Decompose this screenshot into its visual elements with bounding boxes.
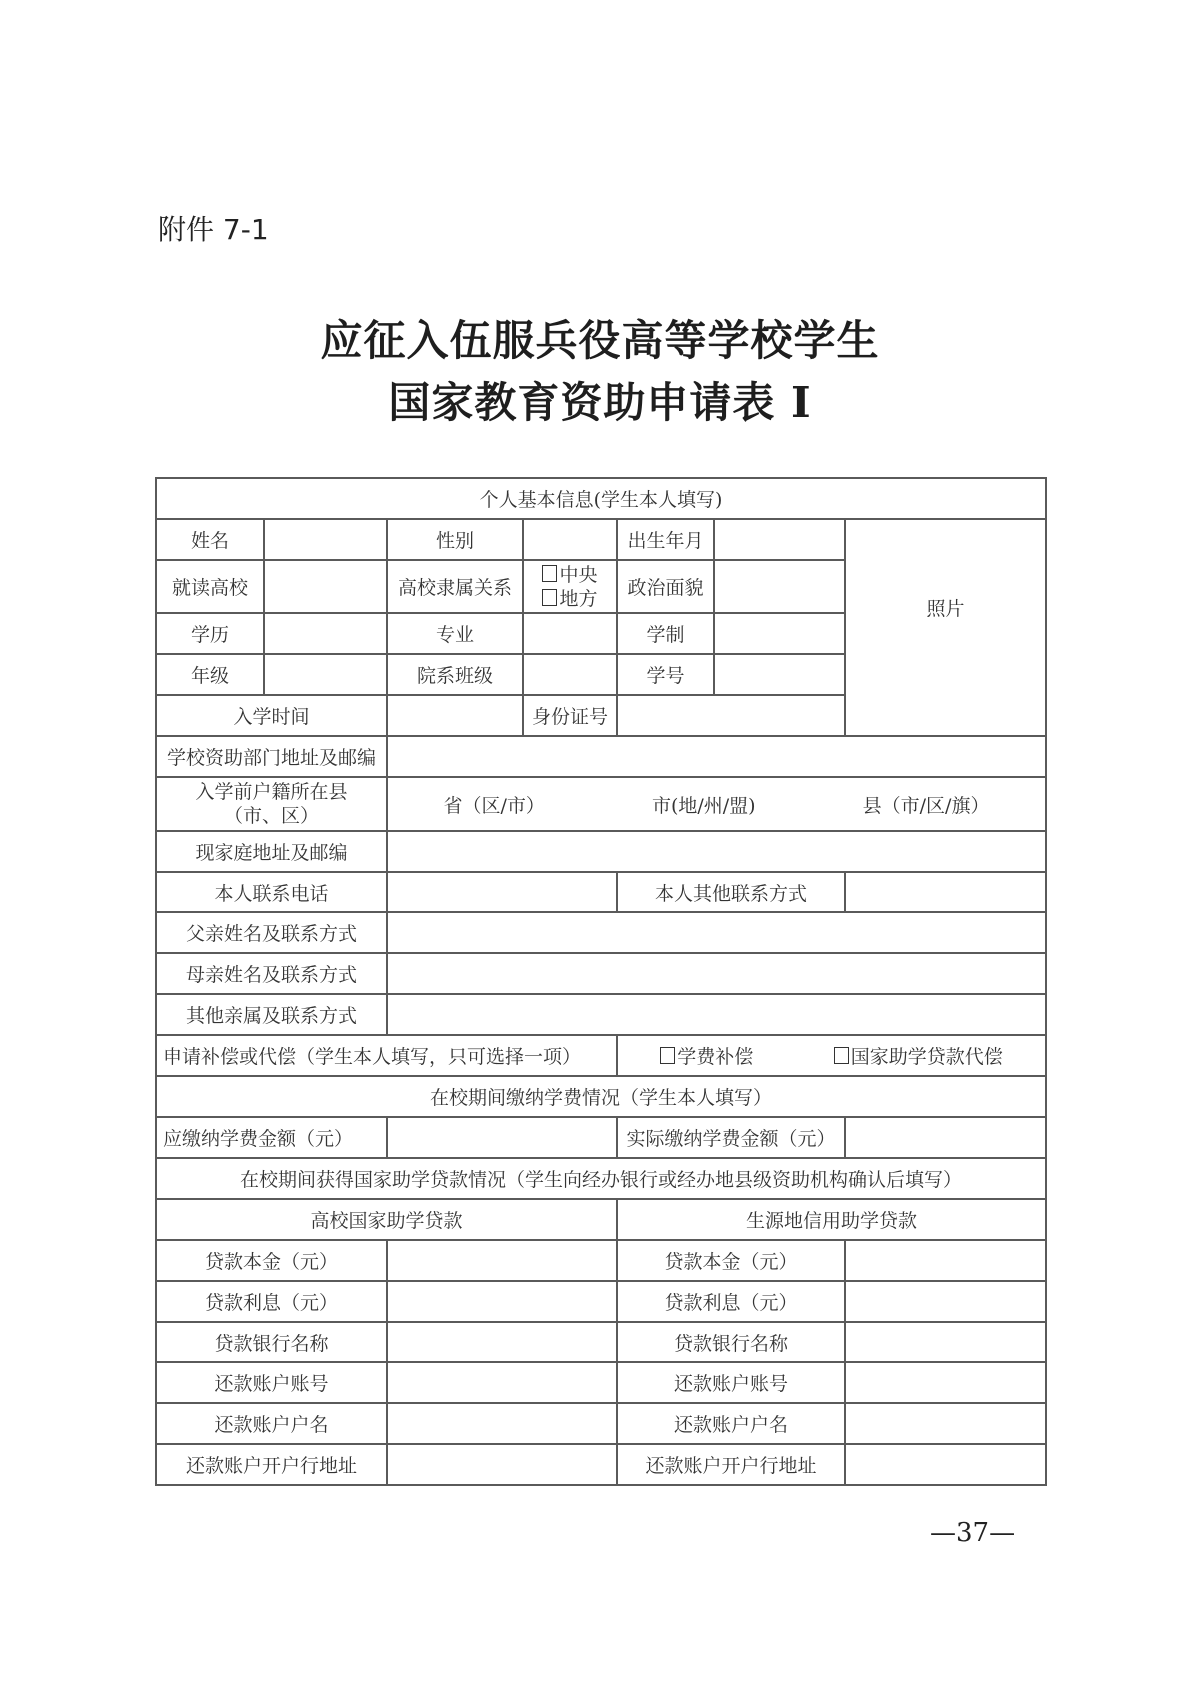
father-label: 父亲姓名及联系方式: [156, 912, 387, 953]
id-number-label: 身份证号: [523, 695, 617, 736]
department-class-field[interactable]: [523, 654, 617, 695]
home-address-field[interactable]: [387, 831, 1046, 872]
loan-row-label: 还款账户开户行地址: [156, 1444, 387, 1485]
grade-field[interactable]: [264, 654, 387, 695]
other-contact-field[interactable]: [845, 872, 1046, 912]
checkbox-icon[interactable]: [542, 565, 557, 582]
loan-row-label: 贷款利息（元）: [156, 1281, 387, 1322]
origin-account-name-field[interactable]: [845, 1403, 1046, 1444]
page-number: —37—: [930, 1518, 1015, 1548]
aid-office-address-field[interactable]: [387, 736, 1046, 777]
relatives-field[interactable]: [387, 994, 1046, 1035]
gender-label: 性别: [387, 519, 523, 560]
school-label: 就读高校: [156, 560, 264, 613]
apply-label: 申请补偿或代偿（学生本人填写，只可选择一项）: [156, 1035, 617, 1076]
tuition-paid-label: 实际缴纳学费金额（元）: [617, 1117, 845, 1158]
checkbox-icon[interactable]: [834, 1047, 849, 1064]
phone-label: 本人联系电话: [156, 872, 387, 912]
origin-account-number-field[interactable]: [845, 1362, 1046, 1403]
section-loan-header: 在校期间获得国家助学贷款情况（学生向经办银行或经办地县级资助机构确认后填写）: [156, 1158, 1046, 1199]
tuition-due-field[interactable]: [387, 1117, 617, 1158]
name-label: 姓名: [156, 519, 264, 560]
document-title-line2: 国家教育资助申请表 I: [0, 370, 1200, 430]
affiliation-options: 中央 地方: [523, 560, 617, 613]
origin-bank-address-field[interactable]: [845, 1444, 1046, 1485]
loan-row-label: 还款账户户名: [156, 1403, 387, 1444]
campus-bank-address-field[interactable]: [387, 1444, 617, 1485]
loan-row-label: 还款账户开户行地址: [617, 1444, 845, 1485]
loan-campus-header: 高校国家助学贷款: [156, 1199, 617, 1240]
campus-account-name-field[interactable]: [387, 1403, 617, 1444]
loan-row-label: 贷款银行名称: [156, 1322, 387, 1362]
loan-row-label: 贷款银行名称: [617, 1322, 845, 1362]
apply-option-loan[interactable]: 国家助学贷款代偿: [834, 1042, 1003, 1069]
gender-field[interactable]: [523, 519, 617, 560]
enroll-time-label: 入学时间: [156, 695, 387, 736]
hukou-label: 入学前户籍所在县 （市、区）: [156, 777, 387, 831]
affiliation-label: 高校隶属关系: [387, 560, 523, 613]
hukou-field[interactable]: 省（区/市） 市(地/州/盟) 县（市/区/旗）: [387, 777, 1046, 831]
name-field[interactable]: [264, 519, 387, 560]
political-label: 政治面貌: [617, 560, 714, 613]
hukou-city: 市(地/州/盟): [652, 791, 756, 818]
campus-principal-field[interactable]: [387, 1240, 617, 1281]
schooling-length-field[interactable]: [714, 613, 845, 654]
campus-account-number-field[interactable]: [387, 1362, 617, 1403]
section-tuition-header: 在校期间缴纳学费情况（学生本人填写）: [156, 1076, 1046, 1117]
student-id-field[interactable]: [714, 654, 845, 695]
origin-bank-field[interactable]: [845, 1322, 1046, 1362]
mother-label: 母亲姓名及联系方式: [156, 953, 387, 994]
birth-label: 出生年月: [617, 519, 714, 560]
political-field[interactable]: [714, 560, 845, 613]
grade-label: 年级: [156, 654, 264, 695]
education-label: 学历: [156, 613, 264, 654]
birth-field[interactable]: [714, 519, 845, 560]
apply-options: 学费补偿 国家助学贷款代偿: [617, 1035, 1046, 1076]
loan-origin-header: 生源地信用助学贷款: [617, 1199, 1046, 1240]
loan-row-label: 还款账户账号: [156, 1362, 387, 1403]
department-class-label: 院系班级: [387, 654, 523, 695]
affiliation-option-local[interactable]: 地方: [526, 587, 614, 611]
major-field[interactable]: [523, 613, 617, 654]
major-label: 专业: [387, 613, 523, 654]
other-contact-label: 本人其他联系方式: [617, 872, 845, 912]
loan-row-label: 还款账户账号: [617, 1362, 845, 1403]
enroll-time-field[interactable]: [387, 695, 523, 736]
document-title-line1: 应征入伍服兵役高等学校学生: [0, 308, 1200, 368]
attachment-label: 附件 7-1: [158, 208, 269, 248]
tuition-paid-field[interactable]: [845, 1117, 1046, 1158]
mother-field[interactable]: [387, 953, 1046, 994]
id-number-field[interactable]: [617, 695, 845, 736]
affiliation-option-central[interactable]: 中央: [526, 563, 614, 587]
father-field[interactable]: [387, 912, 1046, 953]
phone-field[interactable]: [387, 872, 617, 912]
hukou-province: 省（区/市）: [444, 791, 545, 818]
photo-box[interactable]: 照片: [845, 519, 1046, 736]
loan-row-label: 贷款本金（元）: [156, 1240, 387, 1281]
relatives-label: 其他亲属及联系方式: [156, 994, 387, 1035]
origin-principal-field[interactable]: [845, 1240, 1046, 1281]
hukou-county: 县（市/区/旗）: [863, 791, 990, 818]
loan-row-label: 还款账户户名: [617, 1403, 845, 1444]
campus-interest-field[interactable]: [387, 1281, 617, 1322]
tuition-due-label: 应缴纳学费金额（元）: [156, 1117, 387, 1158]
photo-label: 照片: [926, 598, 964, 620]
loan-row-label: 贷款利息（元）: [617, 1281, 845, 1322]
schooling-length-label: 学制: [617, 613, 714, 654]
apply-option-tuition[interactable]: 学费补偿: [660, 1042, 753, 1069]
student-id-label: 学号: [617, 654, 714, 695]
checkbox-icon[interactable]: [542, 589, 557, 606]
school-field[interactable]: [264, 560, 387, 613]
aid-office-address-label: 学校资助部门地址及邮编: [156, 736, 387, 777]
home-address-label: 现家庭地址及邮编: [156, 831, 387, 872]
loan-row-label: 贷款本金（元）: [617, 1240, 845, 1281]
application-form-table: 个人基本信息(学生本人填写) 姓名 性别 出生年月 照片 就读高校 高校隶属关系…: [155, 477, 1047, 1486]
section-personal-header: 个人基本信息(学生本人填写): [156, 478, 1046, 519]
campus-bank-field[interactable]: [387, 1322, 617, 1362]
origin-interest-field[interactable]: [845, 1281, 1046, 1322]
education-field[interactable]: [264, 613, 387, 654]
checkbox-icon[interactable]: [660, 1047, 675, 1064]
